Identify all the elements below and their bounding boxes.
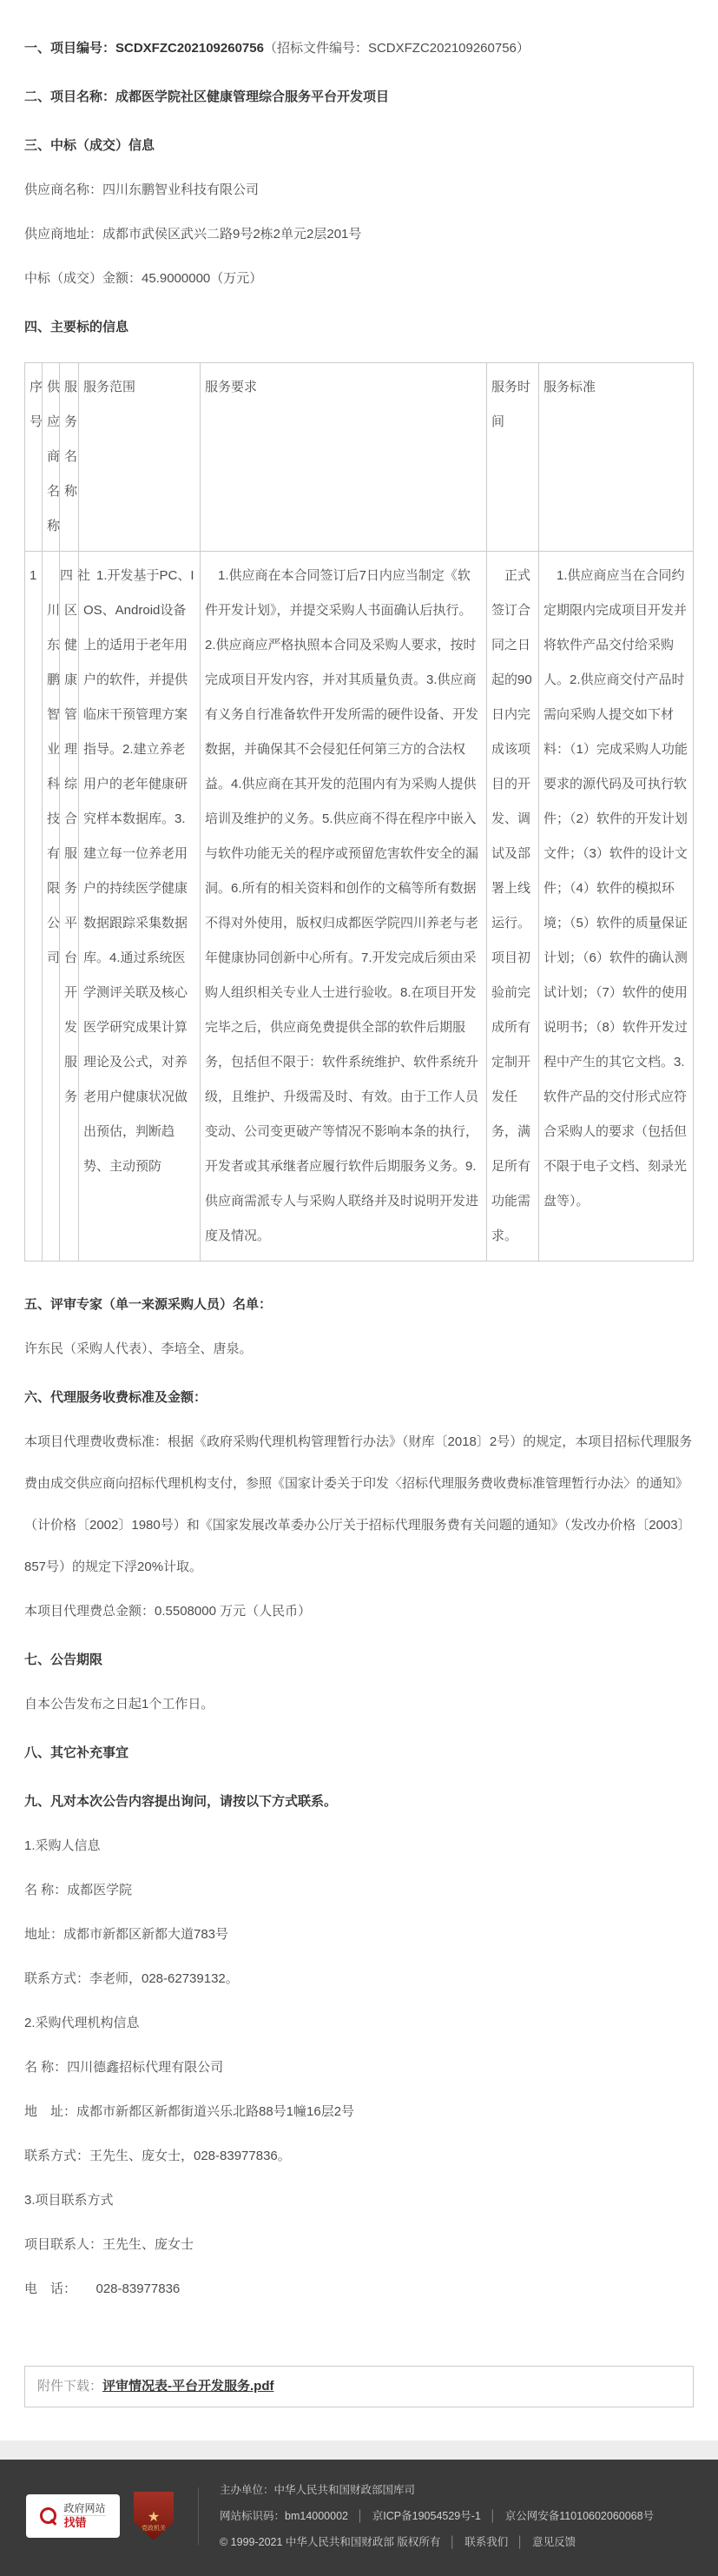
gov-site-error-report-badge[interactable]: 政府网站 找错 <box>26 2494 120 2538</box>
cell-service-standard: 1.供应商应当在合同约定期限内完成项目开发并将软件产品交付给采购人。2.供应商交… <box>539 552 694 1262</box>
footer-text-block: 主办单位：中华人民共和国财政部国库司 网站标识码：bm14000002│京ICP… <box>220 2477 654 2555</box>
footer-divider: │ <box>481 2510 505 2522</box>
section-8-heading: 八、其它补充事宜 <box>24 1732 694 1774</box>
section-9-heading: 九、凡对本次公告内容提出询问，请按以下方式联系。 <box>24 1781 694 1823</box>
cell-service-name: 社区健康管理综合服务平台开发服务 <box>60 552 79 1262</box>
footer-id-line: 网站标识码：bm14000002│京ICP备19054529号-1│京公网安备1… <box>220 2503 654 2529</box>
col-header-service-standard: 服务标准 <box>539 363 694 552</box>
footer-divider: │ <box>348 2510 372 2522</box>
supplier-name-line: 供应商名称：四川东鹏智业科技有限公司 <box>24 169 694 211</box>
supplier-address-line: 供应商地址：成都市武侯区武兴二路9号2栋2单元2层201号 <box>24 214 694 255</box>
footer-copyright-line: © 1999-2021 中华人民共和国财政部 版权所有│联系我们│意见反馈 <box>220 2529 654 2555</box>
magnifier-icon <box>40 2507 57 2525</box>
feedback-link[interactable]: 意见反馈 <box>532 2536 576 2548</box>
copyright-text: © 1999-2021 中华人民共和国财政部 版权所有 <box>220 2536 440 2548</box>
section-6-heading: 六、代理服务收费标准及金额： <box>24 1377 694 1419</box>
project-contact-person-line: 项目联系人：王先生、庞女士 <box>24 2224 694 2266</box>
section-2-heading: 二、项目名称：成都医学院社区健康管理综合服务平台开发项目 <box>24 76 694 118</box>
party-gov-agency-badge[interactable]: ★ 党政机关 <box>134 2492 174 2540</box>
purchaser-info-title: 1.采购人信息 <box>24 1825 694 1867</box>
col-header-seq: 序号 <box>25 363 43 552</box>
cell-seq: 1 <box>25 552 43 1262</box>
badge-gov-site-label: 政府网站 <box>63 2502 105 2515</box>
agency-info-title: 2.采购代理机构信息 <box>24 2003 694 2044</box>
agency-fee-standard-paragraph: 本项目代理费收费标准：根据《政府采购代理机构管理暂行办法》（财库〔2018〕2号… <box>24 1421 694 1588</box>
agency-address-line: 地 址：成都市新都区新都街道兴乐北路88号1幢16层2号 <box>24 2091 694 2133</box>
announcement-period-line: 自本公告发布之日起1个工作日。 <box>24 1684 694 1725</box>
col-header-service-requirements: 服务要求 <box>201 363 487 552</box>
footer-top-strip <box>0 2440 718 2460</box>
site-footer: 政府网站 找错 ★ 党政机关 主办单位：中华人民共和国财政部国库司 网站标识码：… <box>0 2460 718 2576</box>
section-5-heading: 五、评审专家（单一来源采购人员）名单： <box>24 1284 694 1326</box>
site-id-code: 网站标识码：bm14000002 <box>220 2510 348 2522</box>
project-contact-title: 3.项目联系方式 <box>24 2180 694 2222</box>
party-emblem-icon: ★ <box>148 2511 160 2525</box>
cell-service-scope: 1.开发基于PC、IOS、Android设备上的适用于老年用户的软件，并提供临床… <box>79 552 201 1262</box>
attachment-pdf-link[interactable]: 评审情况表-平台开发服务.pdf <box>102 2379 273 2394</box>
table-row: 1 四川东鹏智业科技有限公司 社区健康管理综合服务平台开发服务 1.开发基于PC… <box>25 552 694 1262</box>
footer-divider: │ <box>440 2536 464 2548</box>
section-4-heading: 四、主要标的信息 <box>24 307 694 348</box>
table-header-row: 序号 供应商名称 服务名称 服务范围 服务要求 服务时间 服务标准 <box>25 363 694 552</box>
section-7-heading: 七、公告期限 <box>24 1639 694 1681</box>
cell-service-time: 正式签订合同之日起的90日内完成该项目的开发、调试及部署上线运行。项目初验前完成… <box>487 552 539 1262</box>
section-3-heading: 三、中标（成交）信息 <box>24 125 694 167</box>
icp-number: 京ICP备19054529号-1 <box>372 2510 481 2522</box>
footer-divider: │ <box>508 2536 532 2548</box>
footer-badges: 政府网站 找错 ★ 党政机关 <box>26 2492 174 2540</box>
expert-list-line: 许东民（采购人代表）、李培全、唐泉。 <box>24 1328 694 1370</box>
subject-matter-table: 序号 供应商名称 服务名称 服务范围 服务要求 服务时间 服务标准 1 四川东鹏… <box>24 362 694 1262</box>
cell-service-requirements: 1.供应商在本合同签订后7日内应当制定《软件开发计划》，并提交采购人书面确认后执… <box>201 552 487 1262</box>
footer-vertical-divider <box>198 2487 199 2545</box>
party-gov-agency-label: 党政机关 <box>142 2525 166 2533</box>
cell-supplier: 四川东鹏智业科技有限公司 <box>43 552 60 1262</box>
attachment-download-bar: 附件下载：评审情况表-平台开发服务.pdf <box>24 2366 694 2407</box>
announcement-content: 一、项目编号：SCDXFZC202109260756（招标文件编号：SCDXFZ… <box>0 0 718 2407</box>
col-header-service-scope: 服务范围 <box>79 363 201 552</box>
tender-doc-number: （招标文件编号：SCDXFZC202109260756） <box>264 41 530 56</box>
attachment-label: 附件下载： <box>37 2379 102 2394</box>
purchaser-address-line: 地址：成都市新都区新都大道783号 <box>24 1914 694 1956</box>
agency-contact-line: 联系方式：王先生、庞女士，028-83977836。 <box>24 2136 694 2177</box>
project-number: 一、项目编号：SCDXFZC202109260756 <box>24 41 264 56</box>
project-contact-phone-line: 电 话： 028-83977836 <box>24 2268 694 2310</box>
section-1-heading: 一、项目编号：SCDXFZC202109260756（招标文件编号：SCDXFZ… <box>24 28 694 70</box>
agency-name-line: 名 称：四川德鑫招标代理有限公司 <box>24 2047 694 2089</box>
footer-host-line: 主办单位：中华人民共和国财政部国库司 <box>220 2477 654 2503</box>
purchaser-name-line: 名 称：成都医学院 <box>24 1870 694 1911</box>
contact-us-link[interactable]: 联系我们 <box>464 2536 508 2548</box>
police-record-number: 京公网安备11010602060068号 <box>505 2510 654 2522</box>
col-header-service-time: 服务时间 <box>487 363 539 552</box>
badge-find-error-label: 找错 <box>63 2515 105 2530</box>
award-amount-line: 中标（成交）金额：45.9000000（万元） <box>24 258 694 300</box>
agency-fee-total-line: 本项目代理费总金额：0.5508000 万元（人民币） <box>24 1591 694 1632</box>
col-header-supplier: 供应商名称 <box>43 363 60 552</box>
purchaser-contact-line: 联系方式：李老师，028-62739132。 <box>24 1958 694 2000</box>
announcement-page: 一、项目编号：SCDXFZC202109260756（招标文件编号：SCDXFZ… <box>0 0 718 2576</box>
col-header-service-name: 服务名称 <box>60 363 79 552</box>
